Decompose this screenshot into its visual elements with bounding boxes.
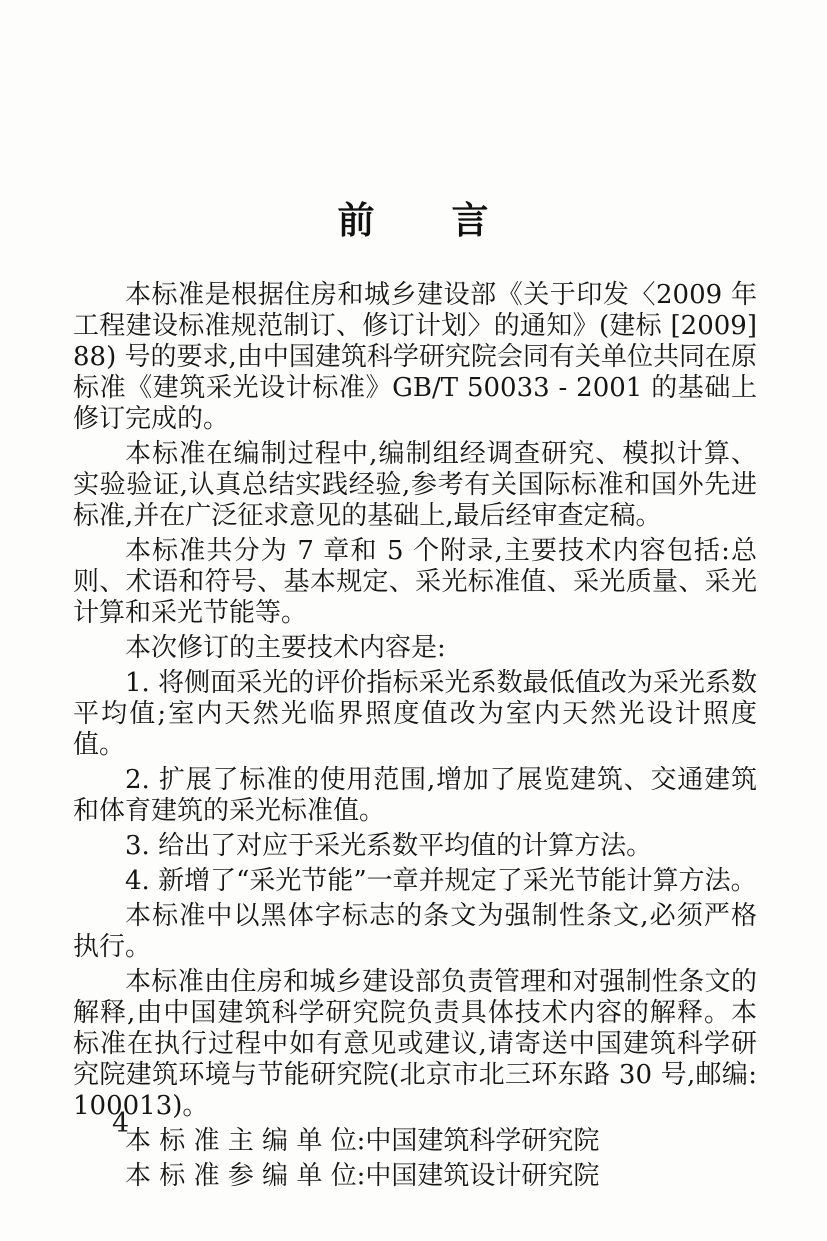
paragraph-revision-intro: 本次修订的主要技术内容是: <box>73 633 757 664</box>
revision-item-2: 2. 扩展了标准的使用范围,增加了展览建筑、交通建筑和体育建筑的采光标准值。 <box>73 765 757 827</box>
paragraph-management: 本标准由住房和城乡建设部负责管理和对强制性条文的解释,由中国建筑科学研究院负责具… <box>73 967 757 1122</box>
page-number: 4 <box>112 1108 129 1139</box>
paragraph-contents: 本标准共分为 7 章和 5 个附录,主要技术内容包括:总则、术语和符号、基本规定… <box>73 536 757 629</box>
paragraph-mandatory: 本标准中以黑体字标志的条文为强制性条文,必须严格执行。 <box>73 901 757 963</box>
revision-item-4: 4. 新增了“采光节能”一章并规定了采光节能计算方法。 <box>73 866 757 897</box>
paragraph-chief-editor: 本 标 准 主 编 单 位:中国建筑科学研究院 <box>73 1126 757 1157</box>
paragraph-process: 本标准在编制过程中,编制组经调查研究、模拟计算、实验验证,认真总结实践经验,参考… <box>73 439 757 532</box>
document-body: 本标准是根据住房和城乡建设部《关于印发〈2009 年工程建设标准规范制订、修订计… <box>73 280 757 1196</box>
page-title: 前 言 <box>0 190 827 244</box>
revision-item-3: 3. 给出了对应于采光系数平均值的计算方法。 <box>73 831 757 862</box>
document-page: 前 言 本标准是根据住房和城乡建设部《关于印发〈2009 年工程建设标准规范制订… <box>0 0 827 1241</box>
paragraph-co-editor: 本 标 准 参 编 单 位:中国建筑设计研究院 <box>73 1161 757 1192</box>
revision-item-1: 1. 将侧面采光的评价指标采光系数最低值改为采光系数平均值;室内天然光临界照度值… <box>73 668 757 761</box>
paragraph-basis: 本标准是根据住房和城乡建设部《关于印发〈2009 年工程建设标准规范制订、修订计… <box>73 280 757 435</box>
